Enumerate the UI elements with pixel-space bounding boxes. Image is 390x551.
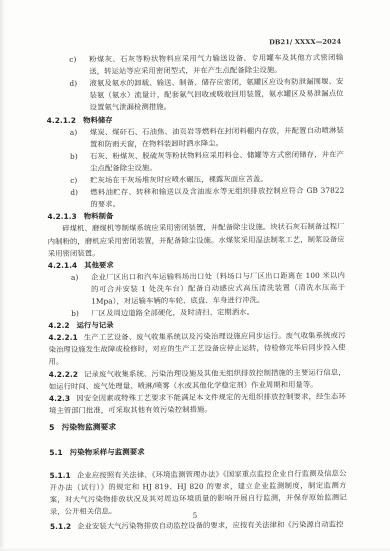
list-item: a) 煤炭、煤矸石、石油焦、油页岩等燃料在封闭料棚内存放，并配置自动喷淋装置和防… [47,124,344,151]
chapter-heading-5: 5污染物监测要求 [49,420,346,434]
list-item-text: 厂区及周边道路全部硬化，及时清扫、定期洒水。 [91,307,254,317]
list-item-label: b) [71,308,79,320]
list-item-text: 液氨及氨水的卸载、输送、制备、储存应密闭，氨罐区应设有防泄漏围堰、安装氨（氨水）… [89,77,343,112]
clause-number: 5.1 [49,448,62,457]
list-item: a) 企业厂区出口和汽车运输料场出口处（料场口与厂区出口距离在 100 米以内的… [48,269,345,308]
numbered-paragraph: 4.2.2.2记录废气收集系统、污染治理设施及其他无组织排放控制措施的主要运行信… [49,366,346,393]
clause-number: 4.2.1.4 [48,260,77,269]
list-item-label: b) [70,151,78,163]
scan-edge-bottom [0,547,390,551]
clause-title: 污染物采样与监测要求 [70,447,145,457]
clause-heading-51: 5.1污染物采样与监测要求 [49,445,346,459]
list-item: b) 厂区及周边道路全部硬化，及时清扫、定期洒水。 [48,306,345,320]
numbered-paragraph: 4.2.2.1生产工艺设备、废气收集系统以及污染治理设施应同步运行。废气收集系统… [48,330,345,369]
clause-number: 4.2.1.2 [47,115,76,124]
paragraph-text: 因安全因素或特殊工艺要求不能满足本文件规定的无组织排放控制要求，经生态环境主管部… [49,391,346,414]
list-item-label: d) [69,78,77,90]
clause-number: 4.2.2.1 [48,333,77,342]
clause-title: 物料储存 [83,115,113,124]
clause-number: 4.2.2.2 [49,369,78,378]
list-item-text: 粉煤灰、石灰等粉状物料应采用气力输送设备、专用罐车及其他方式密闭输送，转运站等应… [89,53,343,76]
list-item-label: a) [70,126,78,138]
chapter-title: 污染物监测要求 [62,422,117,431]
clause-paragraph: 碎煤机、磨煤机等制煤系统应采用密闭装置，并配备除尘设施。块状石灰石制备过程厂内制… [48,221,345,260]
document-page: DB21/ XXXX—2024 c) 粉煤灰、石灰等粉状物料应采用气力输送设备、… [46,36,347,534]
list-item-text: 贮灰场在干灰场堆灰时应喷水碾压，裸露灰面应苫盖。 [90,174,268,184]
clause-number: 4.2.2 [48,321,69,330]
list-item-label: c) [69,54,76,66]
paragraph-text: 生产工艺设备、废气收集系统以及污染治理设施应同步运行。废气收集系统或污染治理设施… [49,331,346,367]
paragraph-text: 企业安装大气污染物排放自动监控设备的要求，应按有关法律和《污染源自动监控 [77,520,343,531]
numbered-paragraph: 5.1.2企业安装大气污染物排放自动监控设备的要求，应按有关法律和《污染源自动监… [50,519,347,533]
clause-title: 物料制备 [84,212,114,221]
clause-number: 5.1.2 [50,522,71,531]
list-item-label: a) [71,272,79,284]
scan-edge-left [0,0,5,551]
paragraph-text: 企业应按照有关法律、《环境监测管理办法》《国家重点监控企业自行监测及信息公开办法… [50,469,347,517]
list-item-label: d) [70,187,78,199]
list-item: d) 液氨及氨水的卸载、输送、制备、储存应密闭，氨罐区应设有防泄漏围堰、安装氨（… [46,76,343,115]
list-item-label: c) [70,175,77,187]
clause-title: 运行与记录 [77,321,114,330]
chapter-number: 5 [49,423,55,432]
list-item-text: 燃料油贮存、转移和输送以及含油废水等无组织排放控制应符合 GB 37822 的要… [90,186,344,209]
clause-number: 4.2.1.3 [47,212,76,221]
numbered-paragraph: 5.1.1企业应按照有关法律、《环境监测管理办法》《国家重点监控企业自行监测及信… [50,468,347,519]
clause-number: 5.1.1 [50,471,71,480]
list-item-text: 煤炭、煤矸石、石油焦、油页岩等燃料在封闭料棚内存放，并配置自动喷淋装置和防雨天窗… [90,125,344,148]
document-code-header: DB21/ XXXX—2024 [46,36,341,50]
list-item-text: 企业厂区出口和汽车运输料场出口处（料场口与厂区出口距离在 100 米以内的可合并… [91,270,345,305]
numbered-paragraph: 4.2.3因安全因素或特殊工艺要求不能满足本文件规定的无组织排放控制要求，经生态… [49,390,346,417]
page-number: 5 [0,512,390,520]
list-item-text: 石灰、粉煤灰、脱硫灰等粉状物料应采用料仓、储罐等方式密闭储存，并在产尘点配备除尘… [90,150,344,173]
list-item: b) 石灰、粉煤灰、脱硫灰等粉状物料应采用料仓、储罐等方式密闭储存，并在产尘点配… [47,149,344,176]
list-item: d) 燃料油贮存、转移和输送以及含油废水等无组织排放控制应符合 GB 37822… [47,185,344,212]
paragraph-text: 记录废气收集系统、污染治理设施及其他无组织排放控制措施的主要运行信息，如运行时间… [49,367,346,390]
clause-title: 其他要求 [84,260,114,269]
clause-number: 4.2.3 [49,394,70,403]
list-item: c) 粉煤灰、石灰等粉状物料应采用气力输送设备、专用罐车及其他方式密闭输送，转运… [46,52,343,79]
